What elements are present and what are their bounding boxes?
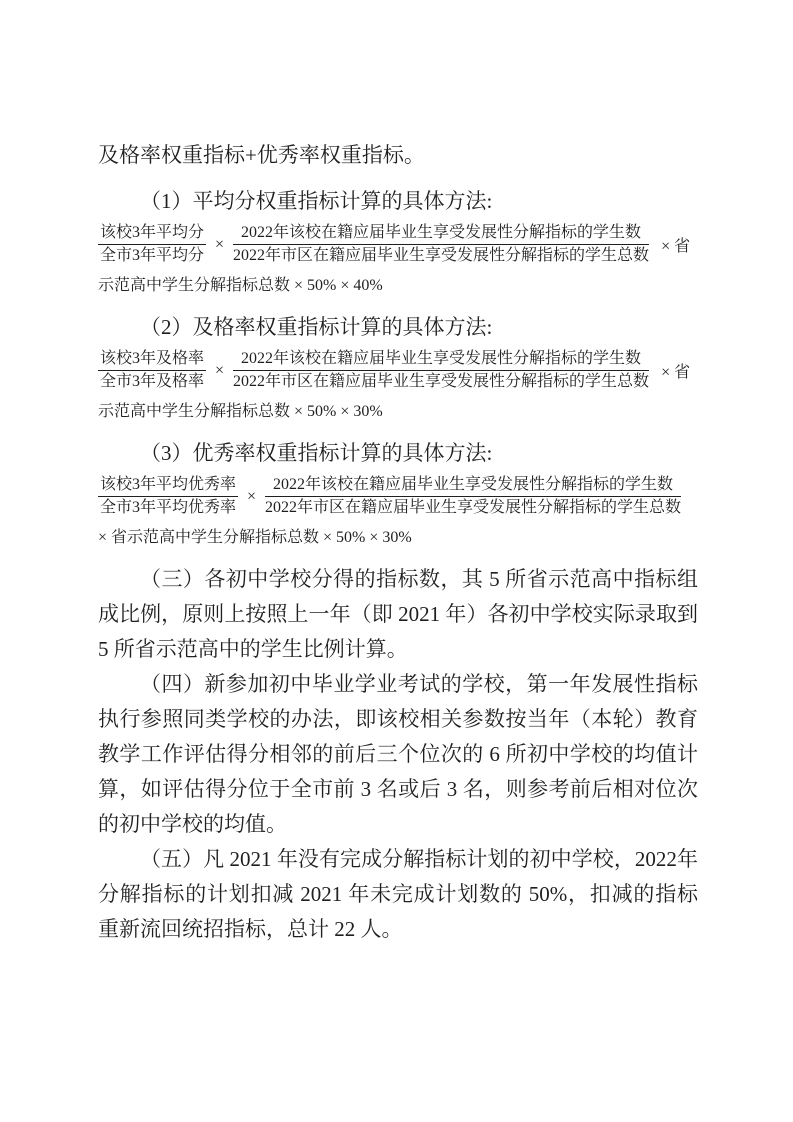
section-3-heading: （3）优秀率权重指标计算的具体方法: bbox=[98, 438, 698, 468]
document-page: 及格率权重指标+优秀率权重指标。 （1）平均分权重指标计算的具体方法: 该校3年… bbox=[98, 140, 698, 947]
paragraph-5-unfinished-plan-deduction: （五）凡 2021 年没有完成分解指标计划的初中学校，2022年分解指标的计划扣… bbox=[98, 842, 698, 947]
formula-1-line-1: 该校3年平均分 全市3年平均分 × 2022年该校在籍应届毕业生享受发展性分解指… bbox=[98, 223, 698, 266]
formula-2-pass-rate-ratio-fraction: 该校3年及格率 全市3年及格率 bbox=[98, 349, 206, 392]
formula-3-excellence-ratio-numerator: 该校3年平均优秀率 bbox=[98, 475, 238, 497]
formula-3-line-2: × 省示范高中学生分解指标总数 × 50% × 30% bbox=[98, 528, 698, 548]
formula-2-line-1-tail: × 省 bbox=[661, 359, 690, 382]
formula-excellence-rate: 该校3年平均优秀率 全市3年平均优秀率 × 2022年该校在籍应届毕业生享受发展… bbox=[98, 475, 698, 548]
formula-1-score-ratio-denominator: 全市3年平均分 bbox=[98, 245, 206, 266]
formula-3-student-ratio-numerator: 2022年该校在籍应届毕业生享受发展性分解指标的学生数 bbox=[265, 475, 681, 497]
section-2-heading: （2）及格率权重指标计算的具体方法: bbox=[98, 312, 698, 342]
formula-1-score-ratio-numerator: 该校3年平均分 bbox=[98, 223, 206, 245]
formula-pass-rate: 该校3年及格率 全市3年及格率 × 2022年该校在籍应届毕业生享受发展性分解指… bbox=[98, 349, 698, 422]
paragraph-3-indicator-composition: （三）各初中学校分得的指标数，其 5 所省示范高中指标组成比例，原则上按照上一年… bbox=[98, 562, 698, 667]
paragraph-4-new-schools-rule: （四）新参加初中毕业学业考试的学校，第一年发展性指标执行参照同类学校的办法，即该… bbox=[98, 667, 698, 842]
formula-1-student-ratio-numerator: 2022年该校在籍应届毕业生享受发展性分解指标的学生数 bbox=[233, 223, 649, 245]
formula-1-score-ratio-fraction: 该校3年平均分 全市3年平均分 bbox=[98, 223, 206, 266]
formula-3-multiply-operator: × bbox=[247, 488, 256, 506]
formula-1-line-1-tail: × 省 bbox=[661, 233, 690, 256]
formula-3-excellence-ratio-fraction: 该校3年平均优秀率 全市3年平均优秀率 bbox=[98, 475, 238, 518]
formula-1-line-2: 示范高中学生分解指标总数 × 50% × 40% bbox=[98, 276, 698, 296]
formula-1-student-ratio-fraction: 2022年该校在籍应届毕业生享受发展性分解指标的学生数 2022年市区在籍应届毕… bbox=[233, 223, 649, 266]
intro-line: 及格率权重指标+优秀率权重指标。 bbox=[98, 140, 698, 170]
section-1-heading: （1）平均分权重指标计算的具体方法: bbox=[98, 186, 698, 216]
formula-2-pass-rate-ratio-numerator: 该校3年及格率 bbox=[98, 349, 206, 371]
formula-1-student-ratio-denominator: 2022年市区在籍应届毕业生享受发展性分解指标的学生总数 bbox=[233, 245, 649, 266]
formula-2-multiply-operator: × bbox=[215, 362, 224, 380]
body-paragraphs: （三）各初中学校分得的指标数，其 5 所省示范高中指标组成比例，原则上按照上一年… bbox=[98, 562, 698, 947]
formula-2-student-ratio-numerator: 2022年该校在籍应届毕业生享受发展性分解指标的学生数 bbox=[233, 349, 649, 371]
formula-2-pass-rate-ratio-denominator: 全市3年及格率 bbox=[98, 371, 206, 392]
formula-3-student-ratio-fraction: 2022年该校在籍应届毕业生享受发展性分解指标的学生数 2022年市区在籍应届毕… bbox=[265, 475, 681, 518]
formula-2-line-1: 该校3年及格率 全市3年及格率 × 2022年该校在籍应届毕业生享受发展性分解指… bbox=[98, 349, 698, 392]
formula-3-student-ratio-denominator: 2022年市区在籍应届毕业生享受发展性分解指标的学生总数 bbox=[265, 497, 681, 518]
formula-3-excellence-ratio-denominator: 全市3年平均优秀率 bbox=[98, 497, 238, 518]
formula-2-line-2: 示范高中学生分解指标总数 × 50% × 30% bbox=[98, 402, 698, 422]
formula-3-line-1: 该校3年平均优秀率 全市3年平均优秀率 × 2022年该校在籍应届毕业生享受发展… bbox=[98, 475, 698, 518]
formula-1-multiply-operator: × bbox=[215, 236, 224, 254]
formula-2-student-ratio-denominator: 2022年市区在籍应届毕业生享受发展性分解指标的学生总数 bbox=[233, 371, 649, 392]
formula-2-student-ratio-fraction: 2022年该校在籍应届毕业生享受发展性分解指标的学生数 2022年市区在籍应届毕… bbox=[233, 349, 649, 392]
formula-average-score: 该校3年平均分 全市3年平均分 × 2022年该校在籍应届毕业生享受发展性分解指… bbox=[98, 223, 698, 296]
